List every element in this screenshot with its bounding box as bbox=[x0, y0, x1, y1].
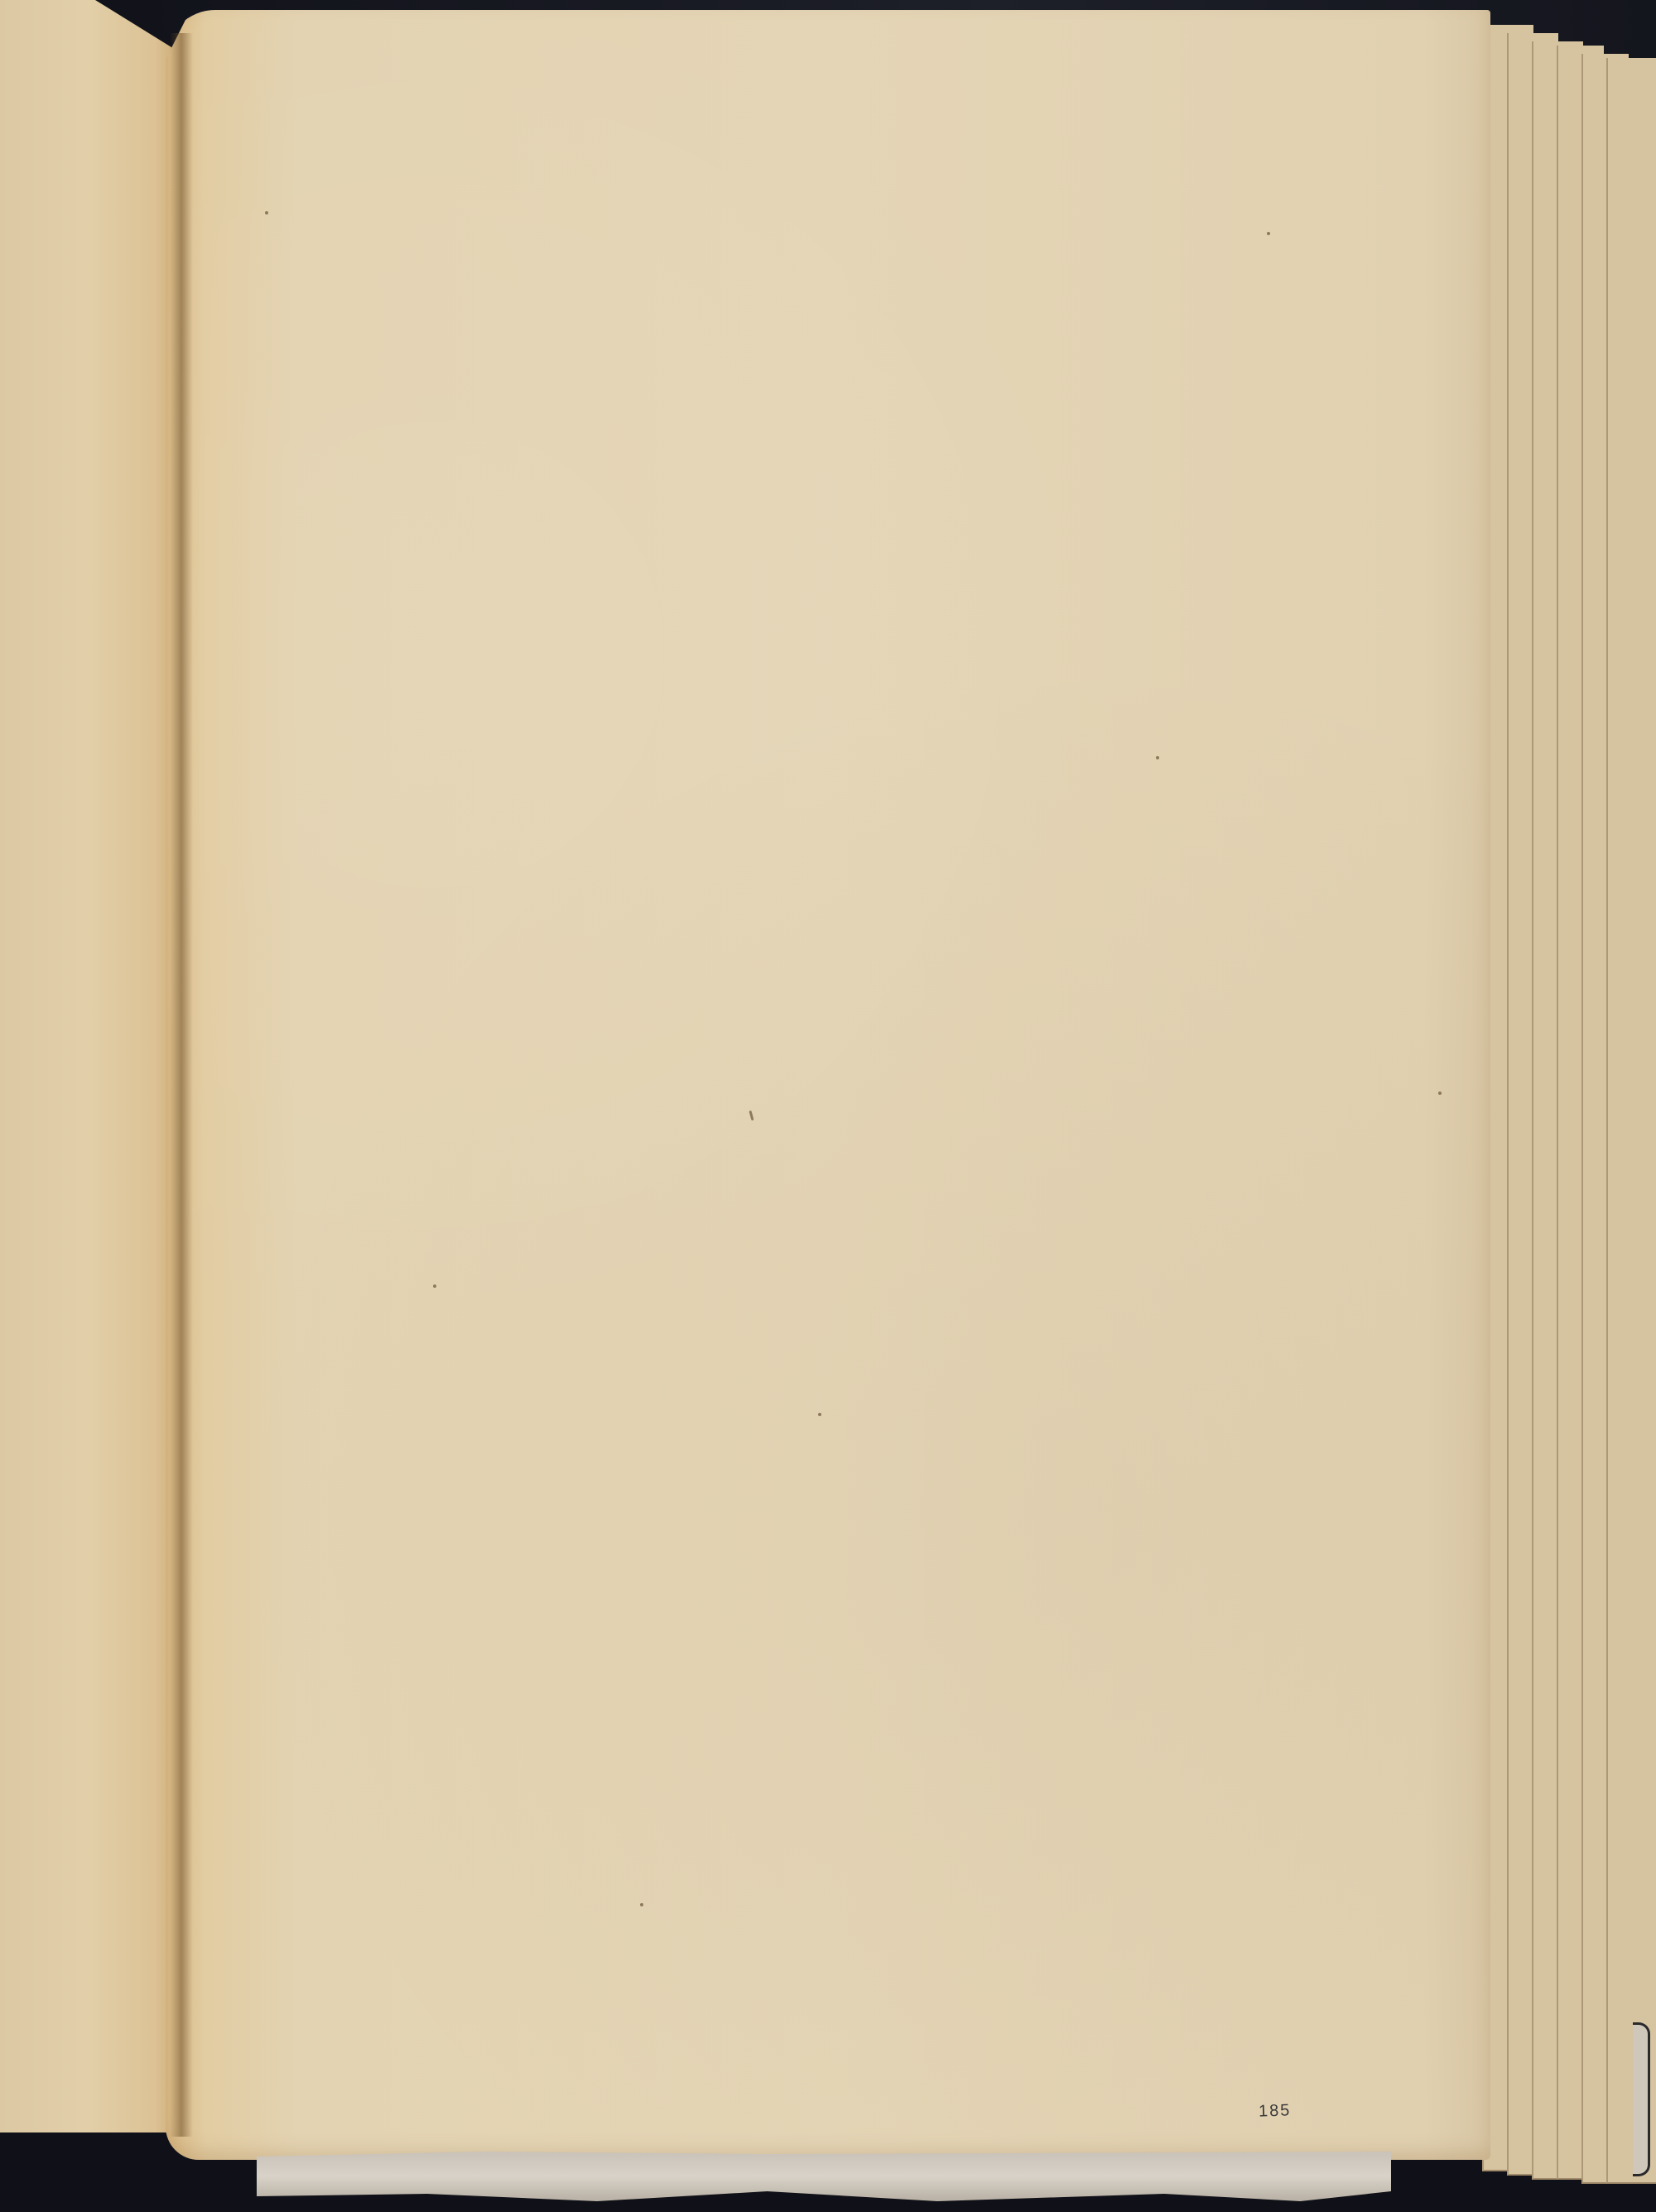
paper-speck bbox=[640, 1903, 643, 1906]
paper-texture bbox=[166, 10, 1490, 2160]
paper-speck bbox=[1438, 1092, 1442, 1095]
paper-speck bbox=[433, 1284, 436, 1288]
book-scan: 185 bbox=[0, 0, 1656, 2212]
left-page bbox=[0, 0, 189, 2132]
paper-speck bbox=[1267, 232, 1270, 235]
page-number: 185 bbox=[1259, 2101, 1292, 2121]
torn-paper-strip bbox=[257, 2152, 1391, 2201]
paper-speck bbox=[265, 211, 268, 214]
metal-clip bbox=[1633, 2022, 1650, 2176]
page-stack-edge bbox=[1606, 58, 1656, 2184]
paper-speck bbox=[1156, 756, 1159, 759]
binding-gutter bbox=[170, 33, 193, 2137]
right-page bbox=[166, 10, 1490, 2160]
paper-speck bbox=[818, 1413, 821, 1416]
